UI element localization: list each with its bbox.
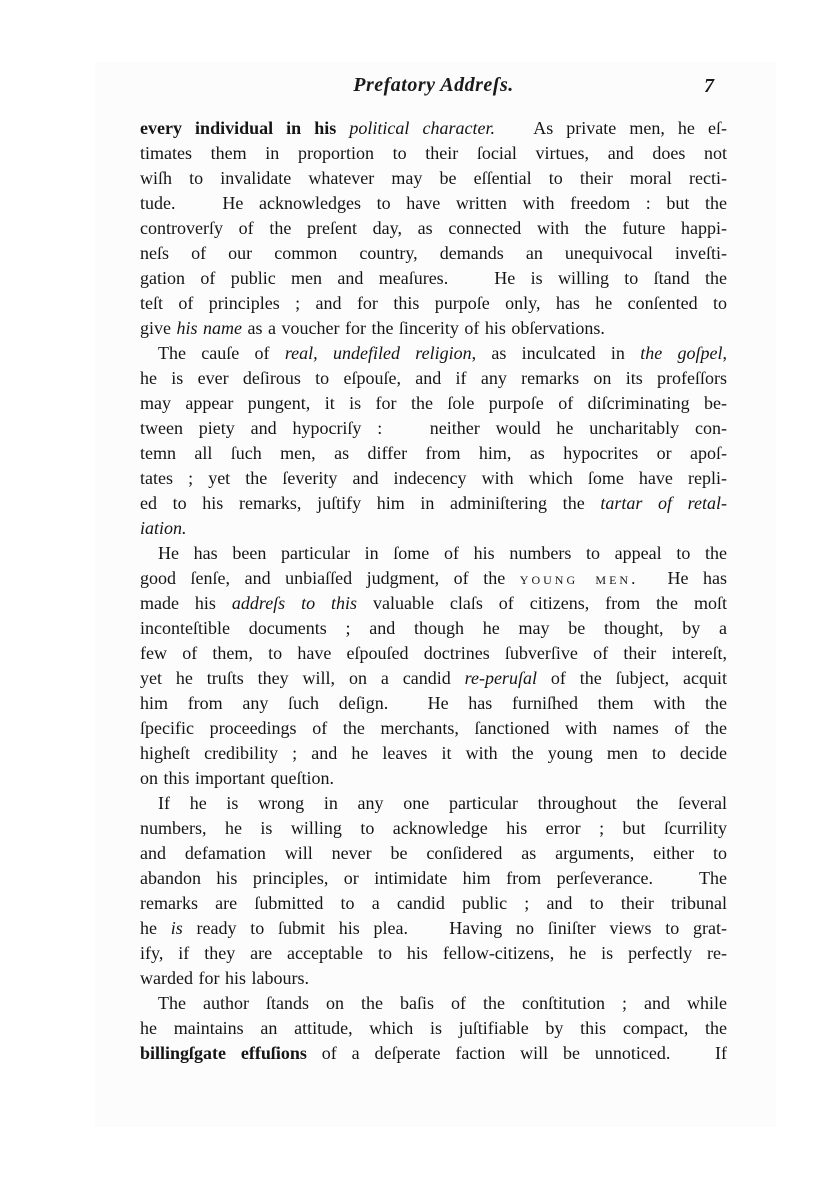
text-segment: ify, if they are acceptable to his fello… — [140, 943, 727, 963]
text-line: yet he truſts they will, on a candid re-… — [140, 666, 727, 691]
text-segment: numbers, he is willing to acknowledge hi… — [140, 818, 727, 838]
text-segment: controverſy of the preſent day, as conne… — [140, 218, 727, 238]
text-line: neſs of our common country, demands an u… — [140, 241, 727, 266]
text-line: gation of public men and meaſures. He is… — [140, 266, 727, 291]
text-segment: teſt of principles ; and for this purpoſ… — [140, 293, 727, 313]
text-line: ed to his remarks, juſtify him in admini… — [140, 491, 727, 516]
text-line: and defamation will never be conſidered … — [140, 841, 727, 866]
text-segment: ed to his remarks, juſtify him in admini… — [140, 493, 600, 513]
text-segment: addreſs to this — [232, 593, 357, 613]
text-segment: he — [140, 918, 171, 938]
text-line: iation. — [140, 516, 727, 541]
text-segment: his name — [177, 318, 243, 338]
text-line: The cauſe of real, undefiled religion, a… — [140, 341, 727, 366]
text-segment: good ſenſe, and unbiaſſed judgment, of t… — [140, 568, 520, 588]
text-segment: wiſh to invalidate whatever may be eſſen… — [140, 168, 727, 188]
text-segment: valuable claſs of citizens, from the moſ… — [357, 593, 727, 613]
running-title: Prefatory Addreſs. — [140, 74, 727, 97]
text-line: tween piety and hypocriſy : neither woul… — [140, 416, 727, 441]
text-segment: and defamation will never be conſidered … — [140, 843, 727, 863]
text-segment: as a voucher for the ſincerity of his ob… — [242, 318, 605, 338]
text-segment: , as inculcated in — [472, 343, 641, 363]
text-segment: re-peruſal — [465, 668, 537, 688]
text-segment: abandon his principles, or intimidate hi… — [140, 868, 727, 888]
page-header: Prefatory Addreſs. 7 — [95, 74, 776, 114]
text-line: timates them in proportion to their ſoci… — [140, 141, 727, 166]
text-line: he is ever deſirous to eſpouſe, and if a… — [140, 366, 727, 391]
text-segment: He has — [638, 568, 727, 588]
text-segment: warded for his labours. — [140, 968, 309, 988]
text-segment: gation of public men and meaſures. He is… — [140, 268, 727, 288]
text-segment: of the ſubject, acquit — [537, 668, 727, 688]
page-number: 7 — [704, 75, 714, 98]
text-line: If he is wrong in any one particular thr… — [140, 791, 727, 816]
text-segment: on this important queſtion. — [140, 768, 334, 788]
text-line: warded for his labours. — [140, 966, 727, 991]
text-segment: young men. — [520, 569, 639, 588]
text-segment: The cauſe of — [158, 343, 285, 363]
text-segment: may appear pungent, it is for the ſole p… — [140, 393, 727, 413]
text-line: teſt of principles ; and for this purpoſ… — [140, 291, 727, 316]
text-segment: neſs of our common country, demands an u… — [140, 243, 727, 263]
text-line: may appear pungent, it is for the ſole p… — [140, 391, 727, 416]
text-line: made his addreſs to this valuable claſs … — [140, 591, 727, 616]
text-line: controverſy of the preſent day, as conne… — [140, 216, 727, 241]
text-segment: tartar of retal- — [600, 493, 727, 513]
text-segment: him from any ſuch deſign. He has furniſh… — [140, 693, 727, 713]
text-segment: made his — [140, 593, 232, 613]
text-line: inconteſtible documents ; and though he … — [140, 616, 727, 641]
text-segment: higheſt credibility ; and he leaves it w… — [140, 743, 727, 763]
text-segment: , — [723, 343, 728, 363]
text-segment: iation. — [140, 518, 187, 538]
text-segment: tude. He acknowledges to have written wi… — [140, 193, 727, 213]
text-line: good ſenſe, and unbiaſſed judgment, of t… — [140, 566, 727, 591]
text-segment: inconteſtible documents ; and though he … — [140, 618, 727, 638]
text-segment: political character. — [349, 118, 495, 138]
book-page: Prefatory Addreſs. 7 every individual in… — [95, 62, 776, 1127]
text-line: He has been particular in ſome of his nu… — [140, 541, 727, 566]
text-line: few of them, to have eſpouſed doctrines … — [140, 641, 727, 666]
text-line: The author ſtands on the baſis of the co… — [140, 991, 727, 1016]
text-segment: he maintains an attitude, which is juſti… — [140, 1018, 727, 1038]
text-line: billingſgate effuſions of a deſperate fa… — [140, 1041, 727, 1066]
text-segment: tates ; yet the ſeverity and indecency w… — [140, 468, 727, 488]
text-segment: The author ſtands on the baſis of the co… — [158, 993, 727, 1013]
text-line: ify, if they are acceptable to his fello… — [140, 941, 727, 966]
body-text: every individual in his political charac… — [140, 116, 727, 1066]
text-segment: give — [140, 318, 177, 338]
screenshot-root: Prefatory Addreſs. 7 every individual in… — [0, 0, 840, 1191]
text-line: remarks are ſubmitted to a candid public… — [140, 891, 727, 916]
text-line: tude. He acknowledges to have written wi… — [140, 191, 727, 216]
text-segment: every individual in his — [140, 118, 349, 138]
text-line: numbers, he is willing to acknowledge hi… — [140, 816, 727, 841]
text-segment: ready to ſubmit his plea. Having no ſini… — [183, 918, 727, 938]
text-line: he maintains an attitude, which is juſti… — [140, 1016, 727, 1041]
text-segment: He has been particular in ſome of his nu… — [158, 543, 727, 563]
text-segment: of a deſperate faction will be unnoticed… — [307, 1043, 727, 1063]
text-segment: tween piety and hypocriſy : neither woul… — [140, 418, 727, 438]
text-segment: temn all ſuch men, as differ from him, a… — [140, 443, 727, 463]
text-line: abandon his principles, or intimidate hi… — [140, 866, 727, 891]
text-line: every individual in his political charac… — [140, 116, 727, 141]
text-segment: is — [171, 918, 183, 938]
text-segment: the goſpel — [640, 343, 722, 363]
text-segment: timates them in proportion to their ſoci… — [140, 143, 727, 163]
text-segment: ſpecific proceedings of the merchants, ſ… — [140, 718, 727, 738]
text-segment: yet he truſts they will, on a candid — [140, 668, 465, 688]
text-line: ſpecific proceedings of the merchants, ſ… — [140, 716, 727, 741]
text-segment: real, undefiled religion — [285, 343, 472, 363]
text-segment: he is ever deſirous to eſpouſe, and if a… — [140, 368, 727, 388]
text-line: he is ready to ſubmit his plea. Having n… — [140, 916, 727, 941]
text-line: give his name as a voucher for the ſince… — [140, 316, 727, 341]
text-line: wiſh to invalidate whatever may be eſſen… — [140, 166, 727, 191]
text-line: him from any ſuch deſign. He has furniſh… — [140, 691, 727, 716]
text-line: higheſt credibility ; and he leaves it w… — [140, 741, 727, 766]
text-line: temn all ſuch men, as differ from him, a… — [140, 441, 727, 466]
text-segment: As private men, he eſ- — [495, 118, 727, 138]
text-segment: billingſgate effuſions — [140, 1043, 307, 1063]
text-segment: few of them, to have eſpouſed doctrines … — [140, 643, 727, 663]
text-segment: If he is wrong in any one particular thr… — [158, 793, 727, 813]
text-segment: remarks are ſubmitted to a candid public… — [140, 893, 727, 913]
text-line: on this important queſtion. — [140, 766, 727, 791]
text-line: tates ; yet the ſeverity and indecency w… — [140, 466, 727, 491]
